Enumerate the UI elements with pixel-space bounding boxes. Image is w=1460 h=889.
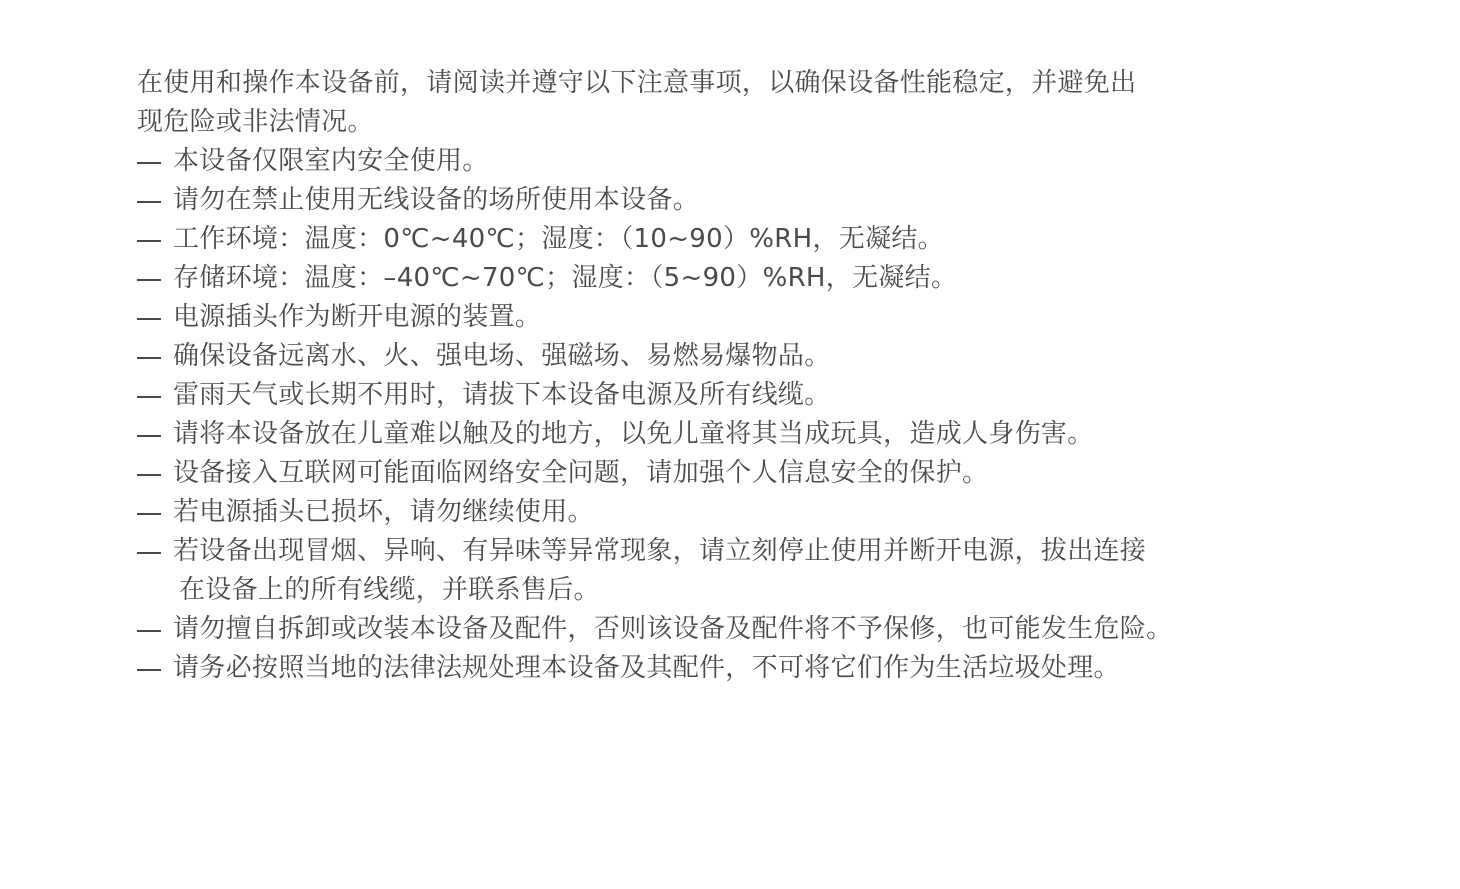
- intro-paragraph: 在使用和操作本设备前，请阅读并遵守以下注意事项，以确保设备性能稳定，并避免出 现…: [137, 64, 1377, 142]
- list-item-text: 雷雨天气或长期不用时，请拔下本设备电源及所有线缆。: [173, 376, 1377, 415]
- dash-bullet-icon: [137, 610, 173, 649]
- dash-bullet-icon: [137, 142, 173, 181]
- list-item: 存储环境：温度：–40℃~70℃；湿度：（5~90）%RH，无凝结。: [137, 259, 1377, 298]
- list-item: 工作环境：温度：0℃~40℃；湿度：（10~90）%RH，无凝结。: [137, 220, 1377, 259]
- list-item: 电源插头作为断开电源的装置。: [137, 298, 1377, 337]
- list-item: 确保设备远离水、火、强电场、强磁场、易燃易爆物品。: [137, 337, 1377, 376]
- list-item-text: 若电源插头已损坏，请勿继续使用。: [173, 493, 1377, 532]
- list-item-text: 设备接入互联网可能面临网络安全问题，请加强个人信息安全的保护。: [173, 454, 1377, 493]
- list-item-continuation: 在设备上的所有线缆，并联系售后。: [173, 571, 1377, 610]
- list-item: 若电源插头已损坏，请勿继续使用。: [137, 493, 1377, 532]
- list-item-text: 请勿在禁止使用无线设备的场所使用本设备。: [173, 181, 1377, 220]
- dash-bullet-icon: [137, 259, 173, 298]
- dash-bullet-icon: [137, 376, 173, 415]
- list-item-text: 电源插头作为断开电源的装置。: [173, 298, 1377, 337]
- list-item: 请务必按照当地的法律法规处理本设备及其配件，不可将它们作为生活垃圾处理。: [137, 649, 1377, 688]
- list-item-text: 请将本设备放在儿童难以触及的地方，以免儿童将其当成玩具，造成人身伤害。: [173, 415, 1377, 454]
- dash-bullet-icon: [137, 415, 173, 454]
- intro-line-1: 在使用和操作本设备前，请阅读并遵守以下注意事项，以确保设备性能稳定，并避免出: [137, 68, 1136, 98]
- list-item: 请勿在禁止使用无线设备的场所使用本设备。: [137, 181, 1377, 220]
- list-item-text: 请务必按照当地的法律法规处理本设备及其配件，不可将它们作为生活垃圾处理。: [173, 649, 1377, 688]
- dash-bullet-icon: [137, 298, 173, 337]
- intro-line-2: 现危险或非法情况。: [137, 107, 374, 137]
- list-item: 请勿擅自拆卸或改装本设备及配件，否则该设备及配件将不予保修，也可能发生危险。: [137, 610, 1377, 649]
- dash-bullet-icon: [137, 454, 173, 493]
- dash-bullet-icon: [137, 181, 173, 220]
- list-item-text: 存储环境：温度：–40℃~70℃；湿度：（5~90）%RH，无凝结。: [173, 259, 1377, 298]
- list-item-multiline: 若设备出现冒烟、异响、有异味等异常现象，请立刻停止使用并断开电源，拔出连接 在设…: [173, 532, 1377, 610]
- safety-notice: 在使用和操作本设备前，请阅读并遵守以下注意事项，以确保设备性能稳定，并避免出 现…: [137, 64, 1377, 688]
- list-item: 雷雨天气或长期不用时，请拔下本设备电源及所有线缆。: [137, 376, 1377, 415]
- dash-bullet-icon: [137, 493, 173, 532]
- list-item: 本设备仅限室内安全使用。: [137, 142, 1377, 181]
- dash-bullet-icon: [137, 532, 173, 571]
- list-item-text: 若设备出现冒烟、异响、有异味等异常现象，请立刻停止使用并断开电源，拔出连接: [173, 536, 1146, 566]
- list-item: 设备接入互联网可能面临网络安全问题，请加强个人信息安全的保护。: [137, 454, 1377, 493]
- list-item-text: 确保设备远离水、火、强电场、强磁场、易燃易爆物品。: [173, 337, 1377, 376]
- list-item: 若设备出现冒烟、异响、有异味等异常现象，请立刻停止使用并断开电源，拔出连接 在设…: [137, 532, 1377, 610]
- list-item-text: 本设备仅限室内安全使用。: [173, 142, 1377, 181]
- dash-bullet-icon: [137, 220, 173, 259]
- list-item-text: 请勿擅自拆卸或改装本设备及配件，否则该设备及配件将不予保修，也可能发生危险。: [173, 610, 1377, 649]
- list-item-text: 工作环境：温度：0℃~40℃；湿度：（10~90）%RH，无凝结。: [173, 220, 1377, 259]
- dash-bullet-icon: [137, 649, 173, 688]
- dash-bullet-icon: [137, 337, 173, 376]
- list-item: 请将本设备放在儿童难以触及的地方，以免儿童将其当成玩具，造成人身伤害。: [137, 415, 1377, 454]
- precaution-list: 本设备仅限室内安全使用。 请勿在禁止使用无线设备的场所使用本设备。 工作环境：温…: [137, 142, 1377, 688]
